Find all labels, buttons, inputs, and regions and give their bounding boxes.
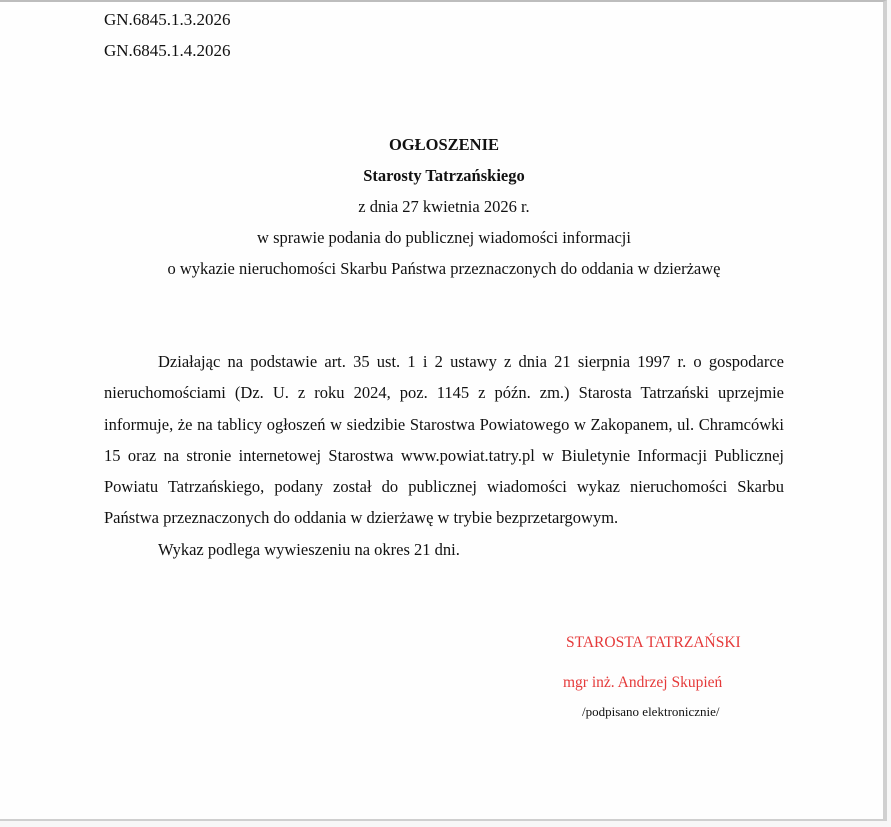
announcement-date: z dnia 27 kwietnia 2026 r. bbox=[104, 191, 784, 222]
signature-note: /podpisano elektronicznie/ bbox=[582, 704, 720, 720]
reference-number-1: GN.6845.1.3.2026 bbox=[104, 10, 231, 30]
signature-title: STAROSTA TATRZAŃSKI bbox=[566, 634, 741, 652]
announcement-issuer: Starosty Tatrzańskiego bbox=[104, 160, 784, 191]
reference-number-2: GN.6845.1.4.2026 bbox=[104, 41, 231, 61]
announcement-title: OGŁOSZENIE bbox=[104, 129, 784, 160]
announcement-heading: OGŁOSZENIE Starosty Tatrzańskiego z dnia… bbox=[104, 129, 784, 284]
document-page: GN.6845.1.3.2026 GN.6845.1.4.2026 OGŁOSZ… bbox=[0, 0, 887, 821]
announcement-body: Działając na podstawie art. 35 ust. 1 i … bbox=[104, 346, 784, 565]
announcement-subject-line-1: w sprawie podania do publicznej wiadomoś… bbox=[104, 222, 784, 253]
announcement-subject-line-2: o wykazie nieruchomości Skarbu Państwa p… bbox=[104, 253, 784, 284]
signature-name: mgr inż. Andrzej Skupień bbox=[563, 674, 722, 692]
body-paragraph-2: Wykaz podlega wywieszeniu na okres 21 dn… bbox=[104, 534, 784, 565]
body-paragraph-1: Działając na podstawie art. 35 ust. 1 i … bbox=[104, 346, 784, 534]
